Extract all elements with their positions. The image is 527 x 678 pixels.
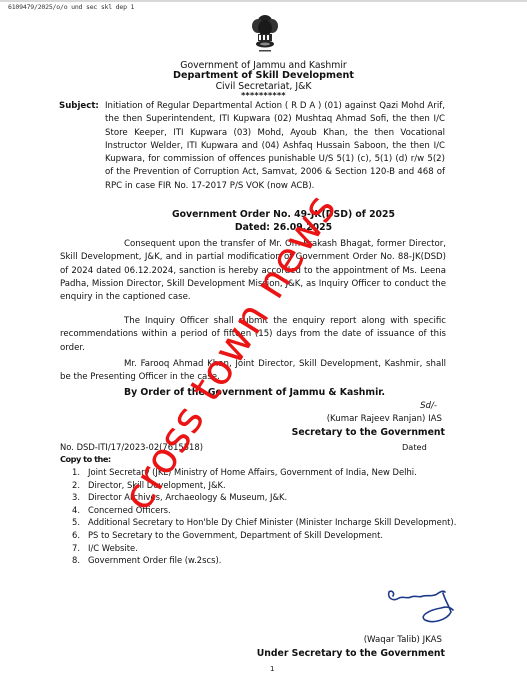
list-item: 5.Additional Secretary to Hon'ble Dy Chi… [72,516,456,529]
endorsement-dated: Dated [402,442,427,452]
page-number: 1 [270,665,274,673]
body-paragraph: Mr. Farooq Ahmad Khan, Joint Director, S… [60,358,446,385]
order-number: Government Order No. 49-JK(DSD) of 2025 [20,209,527,220]
document-reference: 6109479/2025/o/o und sec skl dep 1 [8,3,134,11]
list-item: 1.Joint Secretary (JKL) Ministry of Home… [72,466,456,479]
signatory-name: (Kumar Rajeev Ranjan) IAS [327,414,442,424]
list-item: 8.Government Order file (w.2scs). [72,554,456,567]
signatory-title: Secretary to the Government [292,427,445,438]
header-separator: ********** [0,91,527,100]
list-item: 2.Director, Skill Development, J&K. [72,479,456,492]
top-border [0,0,527,2]
body-paragraph: Consequent upon the transfer of Mr. Om P… [60,238,446,304]
copy-to-label: Copy to the: [60,454,111,464]
list-item: 3.Director Archives, Archaeology & Museu… [72,491,456,504]
order-date: Dated: 26.09.2025 [20,222,527,233]
recipient-list: 1.Joint Secretary (JKL) Ministry of Home… [72,466,456,567]
signed-mark: Sd/- [420,401,437,411]
undersigned-title: Under Secretary to the Government [257,648,445,659]
department-name: Department of Skill Development [0,70,527,81]
list-item: 6.PS to Secretary to the Government, Dep… [72,529,456,542]
body-paragraph: The Inquiry Officer shall submit the enq… [60,315,446,355]
subject-block: Subject: Initiation of Regular Departmen… [59,100,445,193]
list-item: 4.Concerned Officers. [72,504,456,517]
file-number: No. DSD-ITI/17/2023-02(7615518) [60,442,203,452]
by-order-line: By Order of the Government of Jammu & Ka… [124,387,385,398]
subject-text: Initiation of Regular Departmental Actio… [105,100,445,193]
subject-label: Subject: [59,100,99,113]
handwritten-signature-icon [385,586,457,626]
national-emblem-icon [247,12,283,56]
undersigned-name: (Waqar Talib) JKAS [364,635,442,645]
list-item: 7.I/C Website. [72,542,456,555]
